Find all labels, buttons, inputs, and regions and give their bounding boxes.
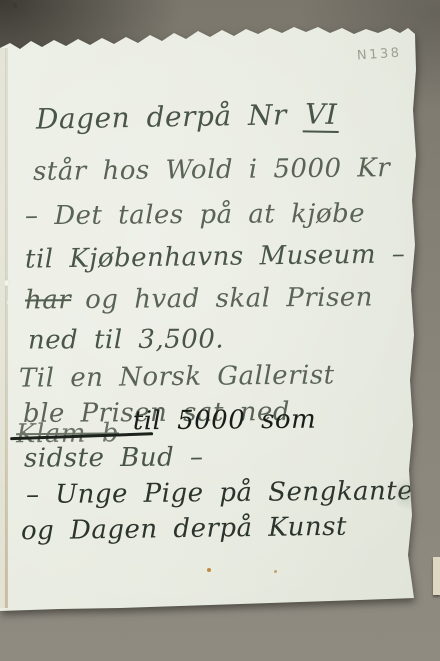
paper-speck [274, 570, 277, 573]
handwriting-line: ned til 3,500. [28, 324, 224, 355]
line-text: står hos Wold i 5000 Kr [33, 153, 390, 187]
catalog-number: N138 [357, 45, 402, 63]
handwriting-line: Til en Norsk Gallerist [19, 360, 335, 393]
line-text: ned til 3,500. [28, 324, 224, 355]
handwriting-line: – Unge Pige på Sengkanten [26, 476, 431, 510]
paper-speck [7, 300, 11, 305]
paper-speck [207, 568, 211, 572]
handwriting-line: harog hvad skal Prisen [25, 282, 373, 315]
line-text: til Kjøbenhavns Museum – [25, 239, 406, 274]
line-text: sidste Bud – [24, 442, 204, 473]
handwriting-line: Dagen derpå Nr VI [36, 97, 340, 137]
handwriting-line: – Det tales på at kjøbe [25, 199, 365, 231]
handwriting-line: Klam btil 5000 som [16, 405, 317, 438]
line-text: og hvad skal Prisen [85, 282, 373, 315]
line-text: Dagen derpå Nr [36, 98, 304, 136]
handwriting-line: til Kjøbenhavns Museum – [25, 239, 406, 274]
struck-word: har [25, 285, 71, 315]
left-crease-line [5, 48, 8, 608]
ink-smudge [392, 478, 422, 510]
line-text-dark-ink: til 5000 som [133, 405, 317, 437]
handwriting-line: står hos Wold i 5000 Kr [33, 153, 390, 187]
paper-sheet: N138 Dagen derpå Nr VI står hos Wold i 5… [0, 0, 440, 661]
handwriting-line: og Dagen derpå Kunst [21, 512, 347, 547]
paper-speck [4, 280, 9, 286]
background-speck [13, 3, 17, 8]
handwriting-line: sidste Bud – [24, 442, 204, 473]
manuscript-photo: N138 Dagen derpå Nr VI står hos Wold i 5… [0, 0, 440, 661]
line-text: – Det tales på at kjøbe [25, 199, 365, 231]
underlined-numeral: VI [303, 97, 340, 133]
adjacent-page-edge [433, 557, 440, 595]
line-text: og Dagen derpå Kunst [21, 512, 347, 547]
line-text: – Unge Pige på Sengkanten [26, 476, 431, 510]
line-text: Til en Norsk Gallerist [19, 360, 335, 393]
